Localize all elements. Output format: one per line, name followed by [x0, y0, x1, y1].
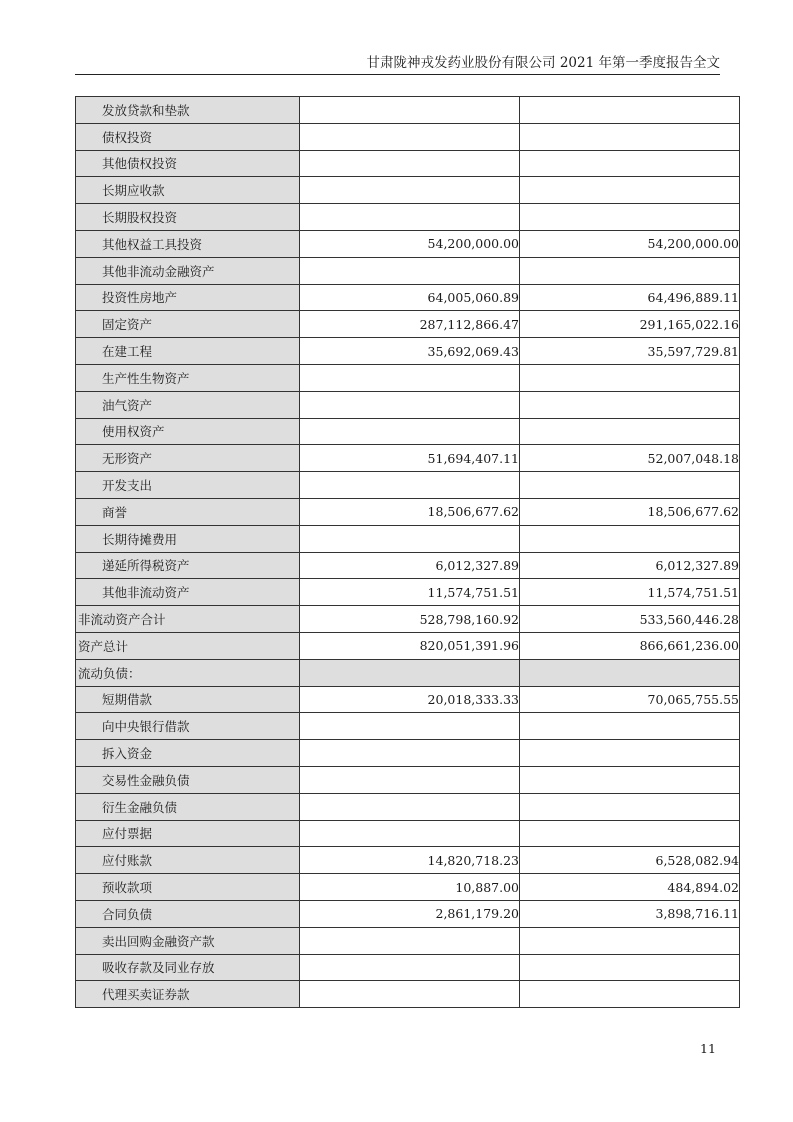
prior-period-value: 35,597,729.81 — [520, 338, 740, 365]
table-row: 商誉18,506,677.6218,506,677.62 — [76, 498, 740, 525]
current-period-value — [300, 740, 520, 767]
row-label: 开发支出 — [76, 472, 300, 499]
current-period-value — [300, 927, 520, 954]
table-row: 非流动资产合计528,798,160.92533,560,446.28 — [76, 606, 740, 633]
row-label: 其他权益工具投资 — [76, 230, 300, 257]
current-period-value: 64,005,060.89 — [300, 284, 520, 311]
prior-period-value — [520, 177, 740, 204]
current-period-value: 2,861,179.20 — [300, 900, 520, 927]
prior-period-value — [520, 418, 740, 445]
prior-period-value: 70,065,755.55 — [520, 686, 740, 713]
current-period-value: 35,692,069.43 — [300, 338, 520, 365]
row-label: 长期应收款 — [76, 177, 300, 204]
table-row: 长期待摊费用 — [76, 525, 740, 552]
prior-period-value: 533,560,446.28 — [520, 606, 740, 633]
table-row: 卖出回购金融资产款 — [76, 927, 740, 954]
current-period-value: 20,018,333.33 — [300, 686, 520, 713]
prior-period-value — [520, 954, 740, 981]
row-label: 吸收存款及同业存放 — [76, 954, 300, 981]
row-label: 交易性金融负债 — [76, 766, 300, 793]
prior-period-value — [520, 472, 740, 499]
current-period-value — [300, 766, 520, 793]
balance-sheet-body: 发放贷款和垫款债权投资其他债权投资长期应收款长期股权投资其他权益工具投资54,2… — [76, 97, 740, 1008]
document-title: 甘肃陇神戎发药业股份有限公司 2021 年第一季度报告全文 — [367, 55, 720, 71]
current-period-value — [300, 981, 520, 1008]
row-label: 拆入资金 — [76, 740, 300, 767]
row-label: 递延所得税资产 — [76, 552, 300, 579]
current-period-value — [300, 820, 520, 847]
row-label: 发放贷款和垫款 — [76, 97, 300, 124]
table-row: 应付票据 — [76, 820, 740, 847]
prior-period-value: 54,200,000.00 — [520, 230, 740, 257]
document-header: 甘肃陇神戎发药业股份有限公司 2021 年第一季度报告全文 — [75, 52, 720, 75]
prior-period-value — [520, 659, 740, 686]
current-period-value — [300, 954, 520, 981]
prior-period-value: 52,007,048.18 — [520, 445, 740, 472]
table-row: 长期应收款 — [76, 177, 740, 204]
table-row: 使用权资产 — [76, 418, 740, 445]
current-period-value — [300, 204, 520, 231]
table-row: 其他权益工具投资54,200,000.0054,200,000.00 — [76, 230, 740, 257]
row-label: 投资性房地产 — [76, 284, 300, 311]
prior-period-value — [520, 820, 740, 847]
table-row: 合同负债2,861,179.203,898,716.11 — [76, 900, 740, 927]
table-row: 应付账款14,820,718.236,528,082.94 — [76, 847, 740, 874]
row-label: 其他非流动资产 — [76, 579, 300, 606]
row-label: 资产总计 — [76, 632, 300, 659]
table-row: 预收款项10,887.00484,894.02 — [76, 874, 740, 901]
current-period-value: 51,694,407.11 — [300, 445, 520, 472]
current-period-value — [300, 150, 520, 177]
table-row: 向中央银行借款 — [76, 713, 740, 740]
current-period-value — [300, 177, 520, 204]
row-label: 生产性生物资产 — [76, 364, 300, 391]
table-row: 发放贷款和垫款 — [76, 97, 740, 124]
current-period-value — [300, 713, 520, 740]
prior-period-value — [520, 740, 740, 767]
row-label: 合同负债 — [76, 900, 300, 927]
prior-period-value — [520, 713, 740, 740]
row-label: 其他债权投资 — [76, 150, 300, 177]
row-label: 其他非流动金融资产 — [76, 257, 300, 284]
table-row: 开发支出 — [76, 472, 740, 499]
prior-period-value — [520, 150, 740, 177]
table-row: 吸收存款及同业存放 — [76, 954, 740, 981]
current-period-value — [300, 525, 520, 552]
row-label: 向中央银行借款 — [76, 713, 300, 740]
prior-period-value: 11,574,751.51 — [520, 579, 740, 606]
current-period-value — [300, 418, 520, 445]
row-label: 使用权资产 — [76, 418, 300, 445]
table-row: 生产性生物资产 — [76, 364, 740, 391]
current-period-value: 11,574,751.51 — [300, 579, 520, 606]
table-row: 其他非流动资产11,574,751.5111,574,751.51 — [76, 579, 740, 606]
prior-period-value — [520, 927, 740, 954]
current-period-value: 6,012,327.89 — [300, 552, 520, 579]
row-label: 衍生金融负债 — [76, 793, 300, 820]
prior-period-value: 6,012,327.89 — [520, 552, 740, 579]
prior-period-value: 6,528,082.94 — [520, 847, 740, 874]
table-row: 流动负债： — [76, 659, 740, 686]
current-period-value — [300, 659, 520, 686]
prior-period-value — [520, 981, 740, 1008]
current-period-value: 820,051,391.96 — [300, 632, 520, 659]
row-label: 无形资产 — [76, 445, 300, 472]
prior-period-value — [520, 391, 740, 418]
table-row: 无形资产51,694,407.1152,007,048.18 — [76, 445, 740, 472]
table-row: 其他债权投资 — [76, 150, 740, 177]
table-row: 投资性房地产64,005,060.8964,496,889.11 — [76, 284, 740, 311]
table-row: 交易性金融负债 — [76, 766, 740, 793]
table-row: 债权投资 — [76, 123, 740, 150]
current-period-value — [300, 97, 520, 124]
row-label: 债权投资 — [76, 123, 300, 150]
row-label: 应付票据 — [76, 820, 300, 847]
table-row: 资产总计820,051,391.96866,661,236.00 — [76, 632, 740, 659]
row-label: 在建工程 — [76, 338, 300, 365]
row-label: 短期借款 — [76, 686, 300, 713]
current-period-value — [300, 364, 520, 391]
table-row: 在建工程35,692,069.4335,597,729.81 — [76, 338, 740, 365]
current-period-value — [300, 793, 520, 820]
row-label: 长期股权投资 — [76, 204, 300, 231]
prior-period-value — [520, 793, 740, 820]
current-period-value — [300, 391, 520, 418]
table-row: 代理买卖证券款 — [76, 981, 740, 1008]
row-label: 非流动资产合计 — [76, 606, 300, 633]
prior-period-value — [520, 204, 740, 231]
table-row: 固定资产287,112,866.47291,165,022.16 — [76, 311, 740, 338]
current-period-value — [300, 472, 520, 499]
prior-period-value — [520, 123, 740, 150]
current-period-value: 528,798,160.92 — [300, 606, 520, 633]
current-period-value: 10,887.00 — [300, 874, 520, 901]
row-label: 长期待摊费用 — [76, 525, 300, 552]
row-label: 商誉 — [76, 498, 300, 525]
table-row: 其他非流动金融资产 — [76, 257, 740, 284]
table-row: 递延所得税资产6,012,327.896,012,327.89 — [76, 552, 740, 579]
prior-period-value: 3,898,716.11 — [520, 900, 740, 927]
row-label: 流动负债： — [76, 659, 300, 686]
row-label: 卖出回购金融资产款 — [76, 927, 300, 954]
prior-period-value: 18,506,677.62 — [520, 498, 740, 525]
prior-period-value — [520, 257, 740, 284]
row-label: 油气资产 — [76, 391, 300, 418]
table-row: 拆入资金 — [76, 740, 740, 767]
prior-period-value: 866,661,236.00 — [520, 632, 740, 659]
current-period-value: 18,506,677.62 — [300, 498, 520, 525]
page-number: 11 — [700, 1041, 716, 1056]
current-period-value: 54,200,000.00 — [300, 230, 520, 257]
table-row: 衍生金融负债 — [76, 793, 740, 820]
prior-period-value — [520, 525, 740, 552]
current-period-value — [300, 123, 520, 150]
table-row: 长期股权投资 — [76, 204, 740, 231]
current-period-value: 287,112,866.47 — [300, 311, 520, 338]
row-label: 固定资产 — [76, 311, 300, 338]
prior-period-value: 64,496,889.11 — [520, 284, 740, 311]
prior-period-value — [520, 766, 740, 793]
current-period-value: 14,820,718.23 — [300, 847, 520, 874]
balance-sheet-table: 发放贷款和垫款债权投资其他债权投资长期应收款长期股权投资其他权益工具投资54,2… — [75, 96, 740, 1008]
prior-period-value: 291,165,022.16 — [520, 311, 740, 338]
table-row: 油气资产 — [76, 391, 740, 418]
table-row: 短期借款20,018,333.3370,065,755.55 — [76, 686, 740, 713]
prior-period-value — [520, 364, 740, 391]
current-period-value — [300, 257, 520, 284]
prior-period-value — [520, 97, 740, 124]
row-label: 预收款项 — [76, 874, 300, 901]
prior-period-value: 484,894.02 — [520, 874, 740, 901]
row-label: 代理买卖证券款 — [76, 981, 300, 1008]
row-label: 应付账款 — [76, 847, 300, 874]
